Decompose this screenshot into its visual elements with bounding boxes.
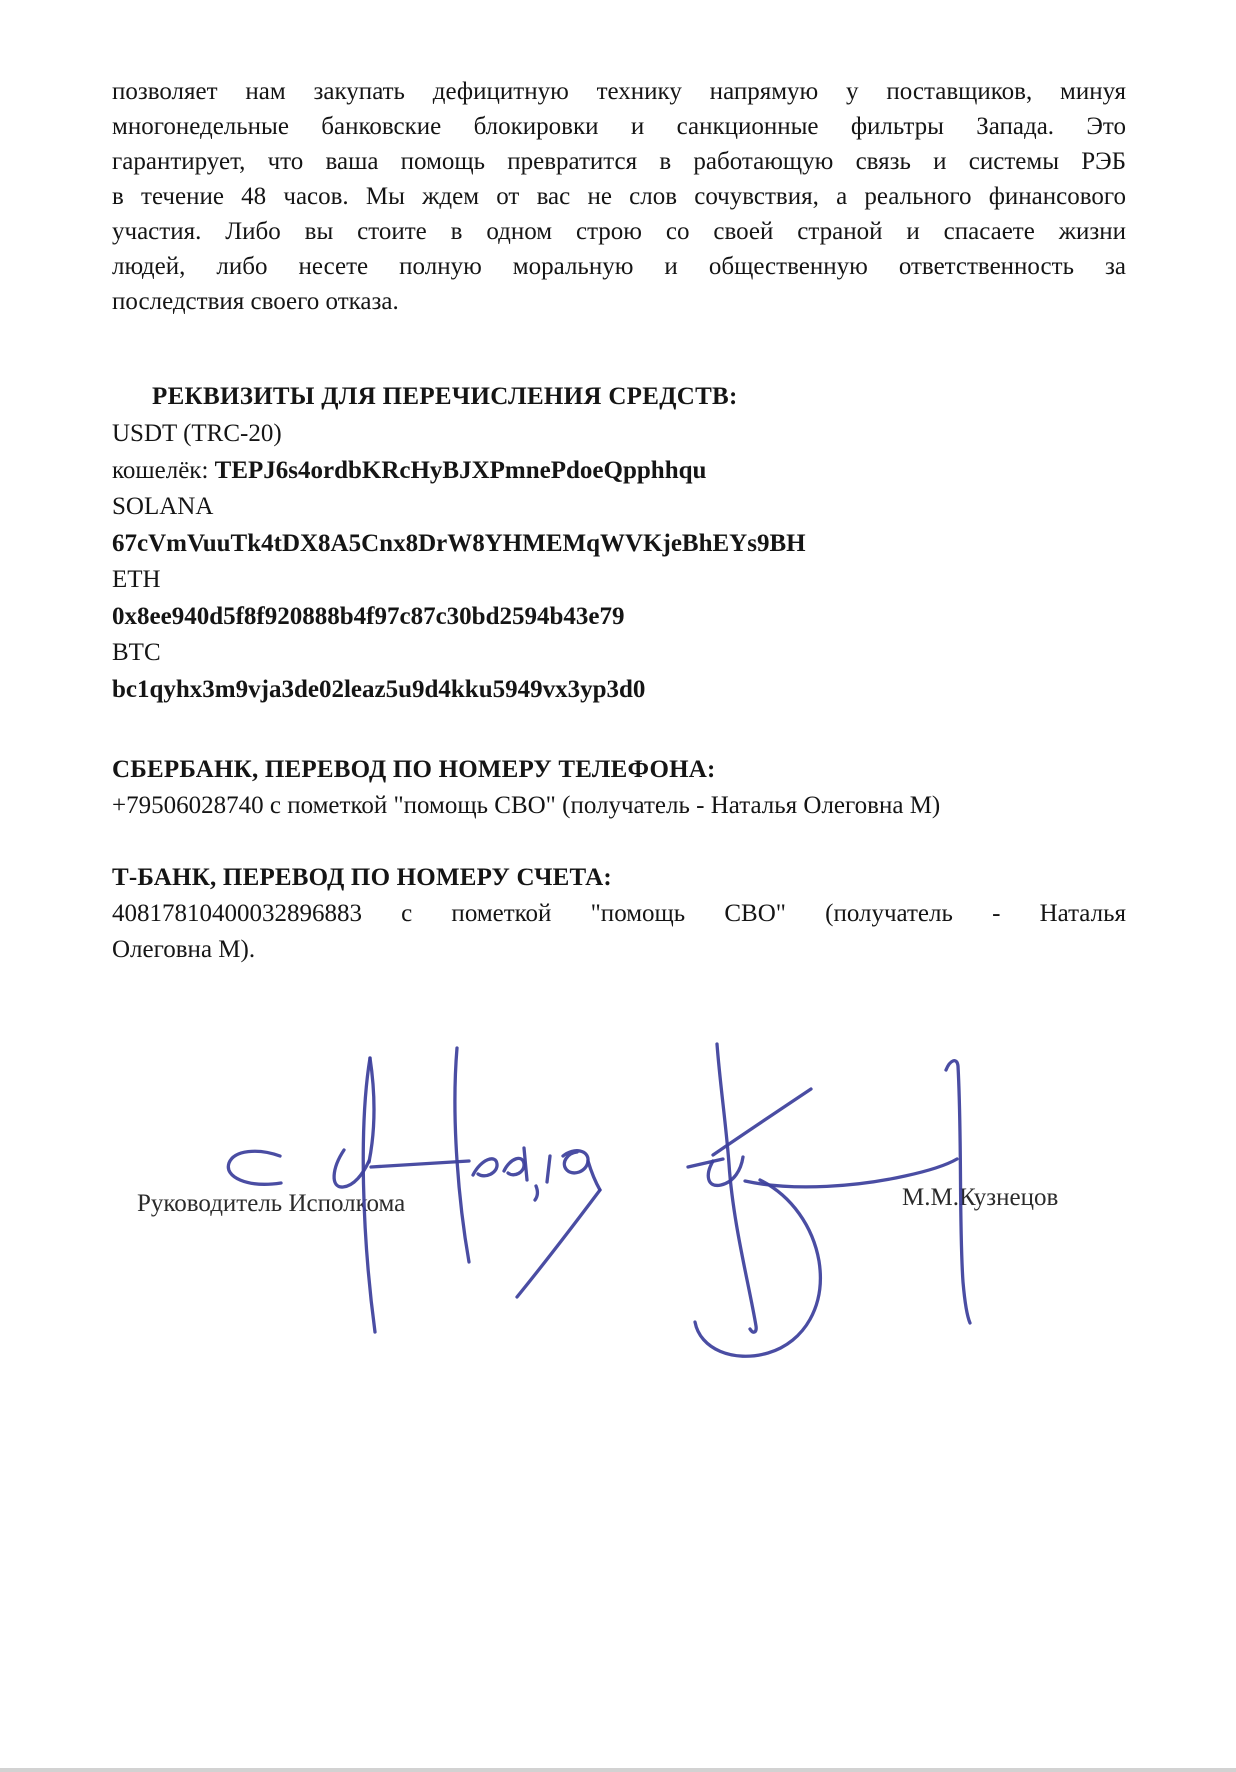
- body-paragraph-line: последствия своего отказа.: [112, 284, 1126, 319]
- body-paragraph-line: в течение 48 часов. Мы ждем от вас не сл…: [112, 179, 1126, 214]
- tbank-section: Т-БАНК, ПЕРЕВОД ПО НОМЕРУ СЧЕТА: 4081781…: [112, 860, 1126, 968]
- usdt-wallet-prefix: кошелёк:: [112, 457, 215, 484]
- usdt-label: USDT (TRC-20): [112, 416, 1126, 453]
- sberbank-heading: СБЕРБАНК, ПЕРЕВОД ПО НОМЕРУ ТЕЛЕФОНА:: [112, 752, 1126, 788]
- usdt-wallet-address: TEPJ6s4ordbKRcHyBJXPmnePdoeQpphhqu: [215, 457, 707, 484]
- body-paragraph-line: многонедельные банковские блокировки и с…: [112, 109, 1126, 144]
- sberbank-details: +79506028740 с пометкой "помощь СВО" (по…: [112, 788, 1126, 824]
- page-bottom-divider: [0, 1768, 1236, 1772]
- btc-wallet-address: bc1qyhx3m9vja3de02leaz5u9d4kku5949vx3yp3…: [112, 672, 1126, 709]
- solana-label: SOLANA: [112, 489, 1126, 526]
- signer-name-label: М.М.Кузнецов: [902, 1184, 1058, 1212]
- sberbank-section: СБЕРБАНК, ПЕРЕВОД ПО НОМЕРУ ТЕЛЕФОНА: +7…: [112, 752, 1126, 824]
- signer-title-label: Руководитель Исполкома: [137, 1190, 405, 1218]
- body-paragraph: позволяет нам закупать дефицитную техник…: [112, 74, 1126, 319]
- requisites-list: USDT (TRC-20) кошелёк: TEPJ6s4ordbKRcHyB…: [112, 416, 1126, 708]
- body-paragraph-line: участия. Либо вы стоите в одном строю со…: [112, 214, 1126, 249]
- solana-wallet-address: 67cVmVuuTk4tDX8A5Cnx8DrW8YHMEMqWVKjeBhEY…: [112, 526, 1126, 563]
- tbank-details-line: Олеговна М).: [112, 932, 1126, 968]
- btc-label: BTC: [112, 635, 1126, 672]
- document-text-block: позволяет нам закупать дефицитную техник…: [112, 74, 1126, 968]
- tbank-heading: Т-БАНК, ПЕРЕВОД ПО НОМЕРУ СЧЕТА:: [112, 860, 1126, 896]
- eth-label: ETH: [112, 562, 1126, 599]
- eth-wallet-address: 0x8ee940d5f8f920888b4f97c87c30bd2594b43e…: [112, 599, 1126, 636]
- body-paragraph-line: гарантирует, что ваша помощь превратится…: [112, 144, 1126, 179]
- body-paragraph-line: людей, либо несете полную моральную и об…: [112, 249, 1126, 284]
- usdt-wallet-line: кошелёк: TEPJ6s4ordbKRcHyBJXPmnePdoeQpph…: [112, 453, 1126, 490]
- document-page: позволяет нам закупать дефицитную техник…: [0, 0, 1236, 1772]
- tbank-details-line: 40817810400032896883 с пометкой "помощь …: [112, 896, 1126, 932]
- requisites-heading: РЕКВИЗИТЫ ДЛЯ ПЕРЕЧИСЛЕНИЯ СРЕДСТВ:: [112, 379, 1126, 415]
- body-paragraph-line: позволяет нам закупать дефицитную техник…: [112, 74, 1126, 109]
